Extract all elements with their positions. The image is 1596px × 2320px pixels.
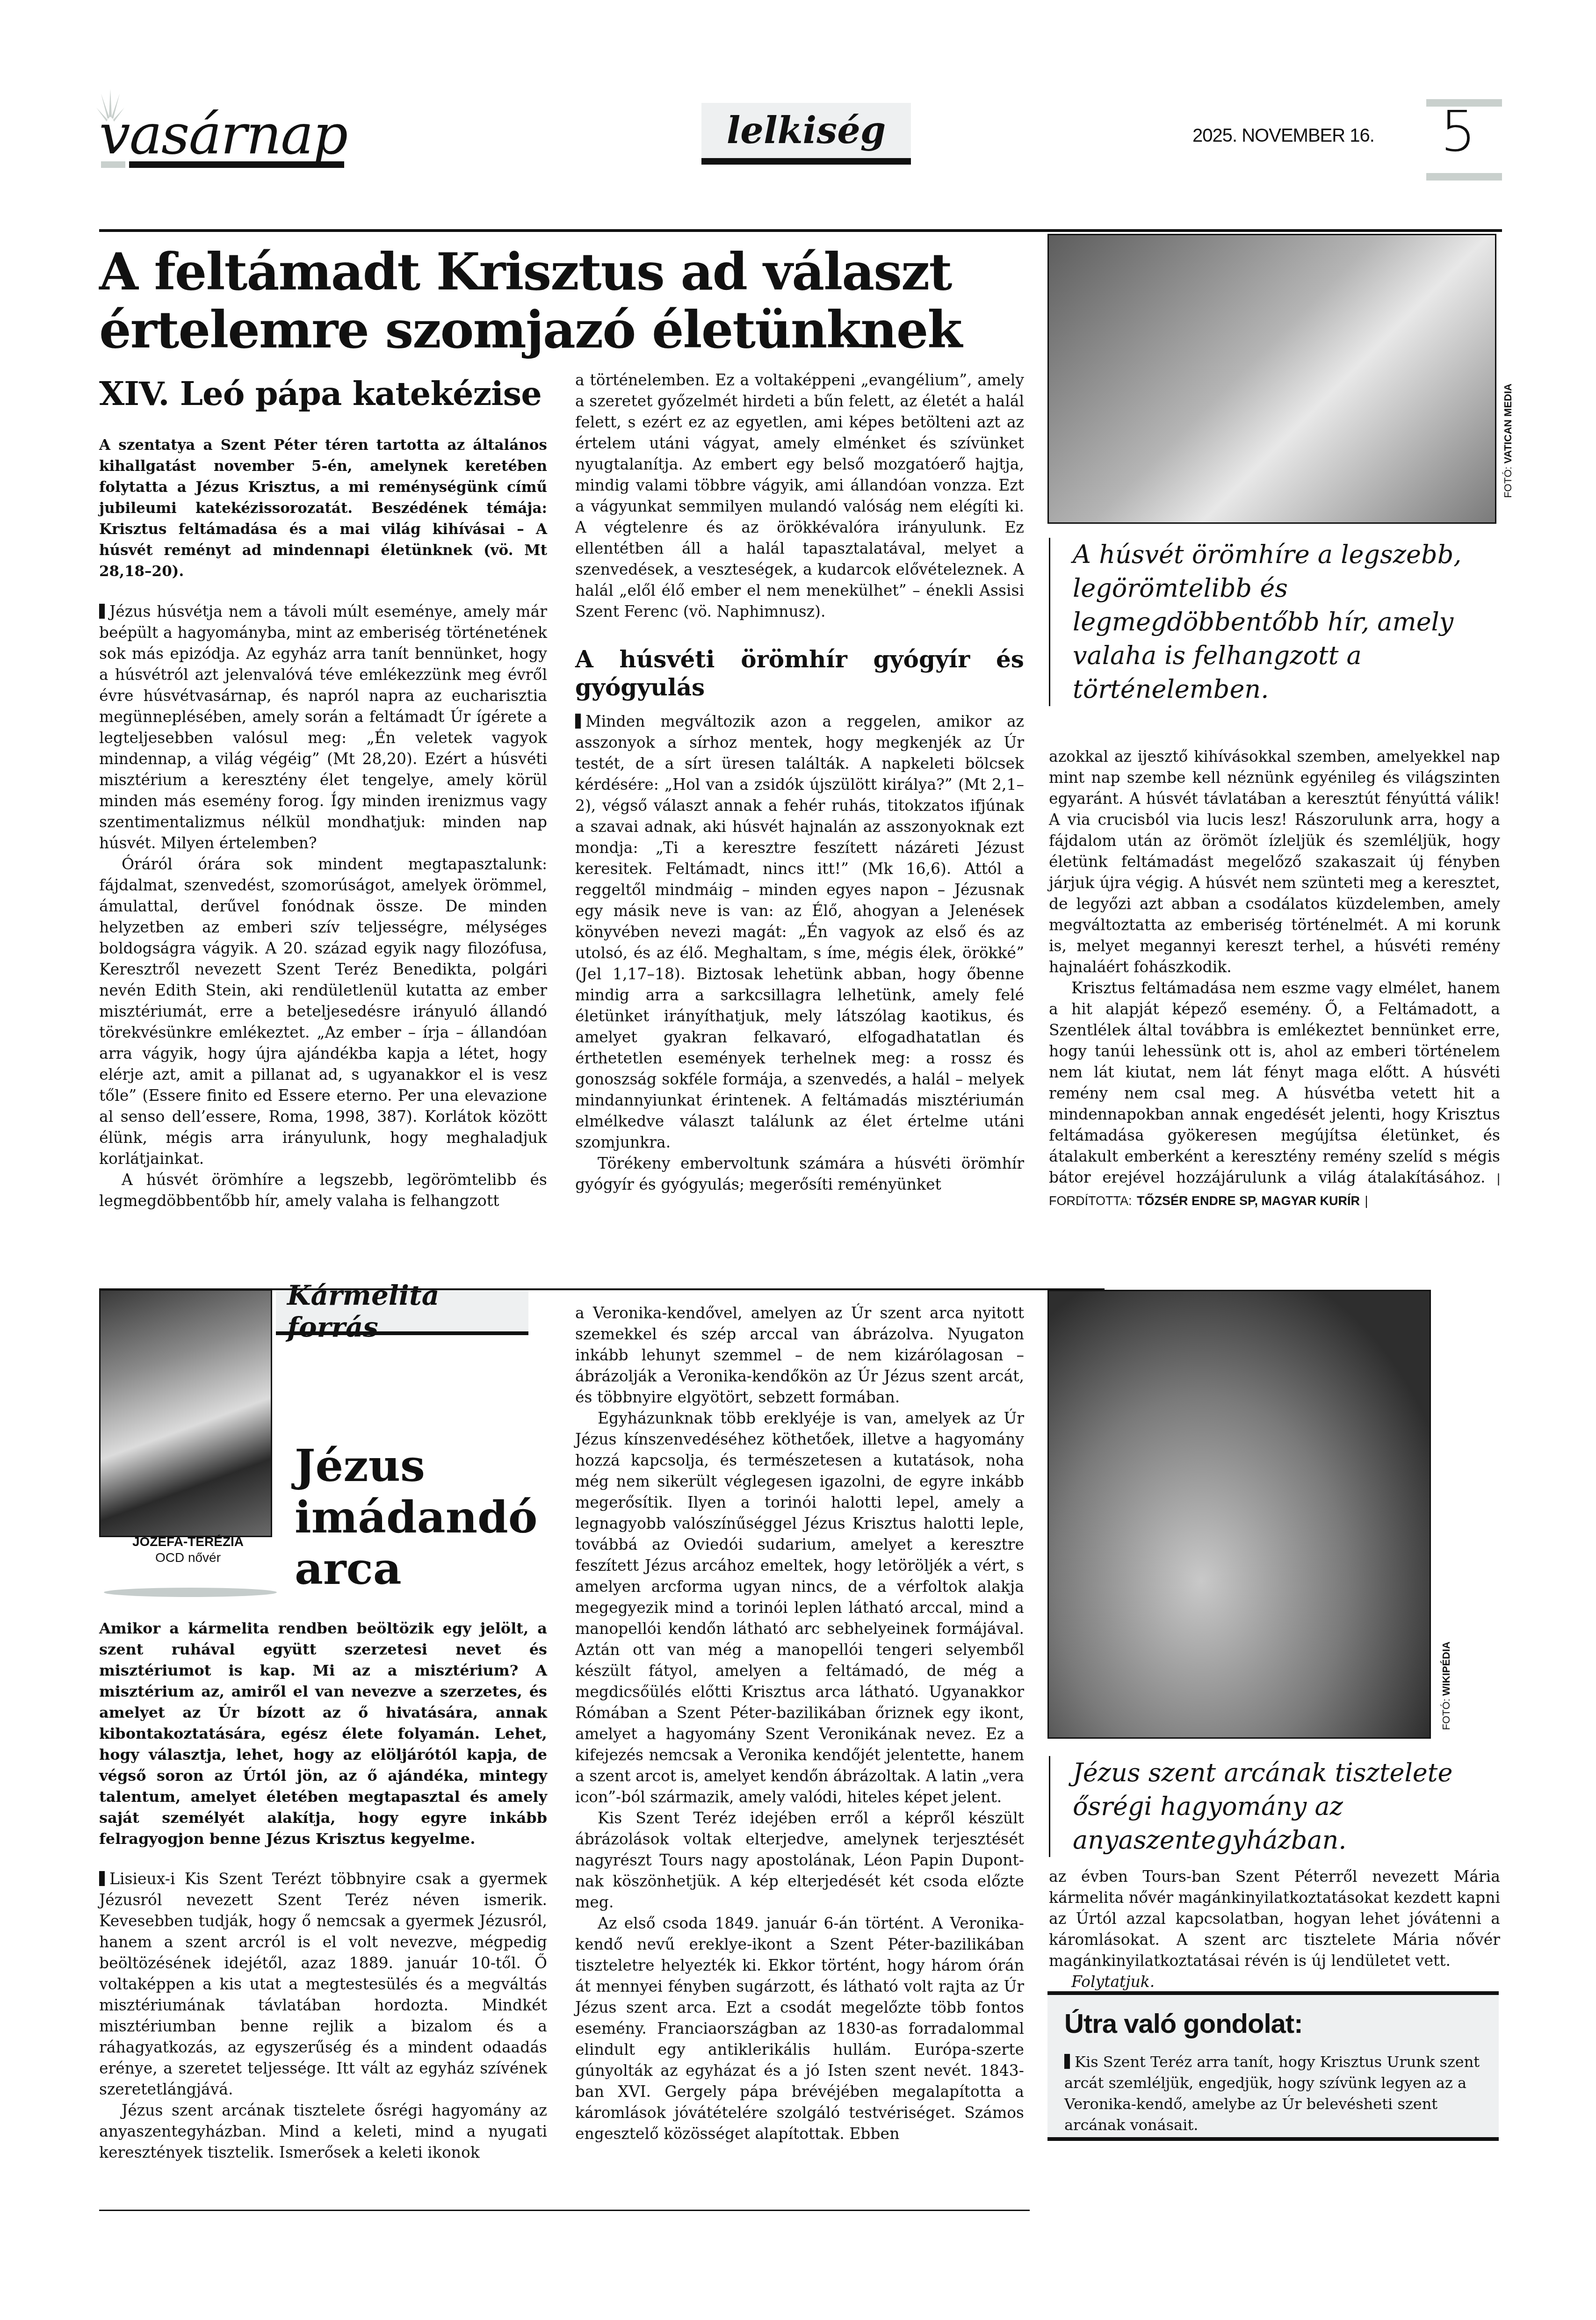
paragraph: a Veronika-kendővel, amelyen az Úr szent… (575, 1302, 1024, 1408)
article2-title: Jézus imádandó arca (295, 1440, 519, 1595)
paragraph: az évben Tours-ban Szent Péterről neveze… (1049, 1866, 1500, 1971)
pope-with-child-photo[interactable] (1047, 234, 1496, 524)
article2-column-2: a Veronika-kendővel, amelyen az Úr szent… (575, 1302, 1024, 2144)
article1-column-2: a történelemben. Ez a voltaképpeni „evan… (575, 369, 1024, 1195)
column-tag[interactable]: Kármelita forrás (276, 1291, 528, 1335)
paragraph: Egyházunknak több ereklyéje is van, amel… (575, 1408, 1024, 1807)
paragraph: Óráról órára sok mindent megtapasztalunk… (99, 853, 547, 1169)
pull-quote: A húsvét örömhíre a legszebb, legörömtel… (1049, 538, 1494, 706)
paragraph: azokkal az ijesztő kihívásokkal szemben,… (1049, 746, 1500, 977)
thought-box: Útra való gondolat: Kis Szent Teréz arra… (1047, 1991, 1499, 2141)
page-number-bar-bottom (1426, 173, 1502, 181)
photo-credit: FOTÓ: WIKIPÉDIA (1440, 1641, 1452, 1730)
paragraph: Jézus húsvétja nem a távoli múlt esemény… (99, 601, 547, 853)
article1-column-3: azokkal az ijesztő kihívásokkal szemben,… (1049, 746, 1500, 1212)
article-subhead: XIV. Leó pápa katekézise (99, 374, 542, 413)
pull-quote: Jézus szent arcának tisztelete ősrégi ha… (1049, 1756, 1494, 1857)
author-portrait-photo[interactable] (99, 1289, 272, 1537)
issue-date: 2025. NOVEMBER 16. (1192, 125, 1374, 146)
bottom-divider (99, 2210, 1030, 2211)
paragraph: Törékeny embervoltunk számára a húsvéti … (575, 1153, 1024, 1195)
paragraph: a történelemben. Ez a voltaképpeni „evan… (575, 369, 1024, 622)
section-heading: A húsvéti örömhír gyógyír és gyógyulás (575, 645, 1024, 701)
paragraph-marker-icon (1064, 2054, 1070, 2069)
paragraph: Lisieux-i Kis Szent Terézt többnyire csa… (99, 1868, 547, 2100)
paragraph-marker-icon (575, 714, 581, 729)
page-number: 5 (1440, 104, 1476, 160)
paragraph: Az első csoda 1849. január 6-án történt.… (575, 1913, 1024, 2144)
veronica-veil-photo[interactable] (1047, 1290, 1431, 1739)
paragraph: Minden megváltozik azon a reggelen, amik… (575, 711, 1024, 1153)
paragraph-marker-icon (99, 1871, 105, 1886)
newspaper-logo[interactable]: vasárnap (99, 102, 347, 166)
paragraph: A húsvét örömhíre a legszebb, legörömtel… (99, 1169, 547, 1211)
section-tab[interactable]: lelkiség (701, 103, 911, 165)
article2-lead: Amikor a kármelita rendben beöltözik egy… (99, 1618, 547, 1850)
continued-note: Folytatjuk. (1049, 1971, 1500, 1992)
logo-underline-accent (101, 161, 125, 168)
article-lead: A szentatya a Szent Péter téren tartotta… (99, 435, 547, 582)
header-divider (99, 229, 1502, 232)
article1-column-1: A szentatya a Szent Péter téren tartotta… (99, 435, 547, 1211)
photo-credit: FOTÓ: VATICAN MEDIA (1502, 383, 1514, 498)
article2-column-3: az évben Tours-ban Szent Péterről neveze… (1049, 1866, 1500, 1992)
thought-box-text: Kis Szent Teréz arra tanít, hogy Krisztu… (1064, 2052, 1482, 2136)
article2-column-1: Amikor a kármelita rendben beöltözik egy… (99, 1618, 547, 2163)
author-byline: JOZEFA-TERÉZIA OCD nővér (99, 1534, 277, 1566)
paragraph: Jézus szent arcának tisztelete ősrégi ha… (99, 2100, 547, 2163)
article-headline: A feltámadt Krisztus ad választ értelemr… (99, 243, 1011, 359)
translator-name: TŐZSÉR ENDRE SP, MAGYAR KURÍR (1137, 1194, 1360, 1208)
thought-box-title: Útra való gondolat: (1064, 2008, 1482, 2039)
author-shadow-decoration (104, 1588, 277, 1597)
paragraph-marker-icon (99, 604, 105, 619)
logo-underline (129, 161, 344, 168)
paragraph: Krisztus feltámadása nem eszme vagy elmé… (1049, 977, 1500, 1212)
paragraph: Kis Szent Teréz idejében erről a képről … (575, 1807, 1024, 1913)
